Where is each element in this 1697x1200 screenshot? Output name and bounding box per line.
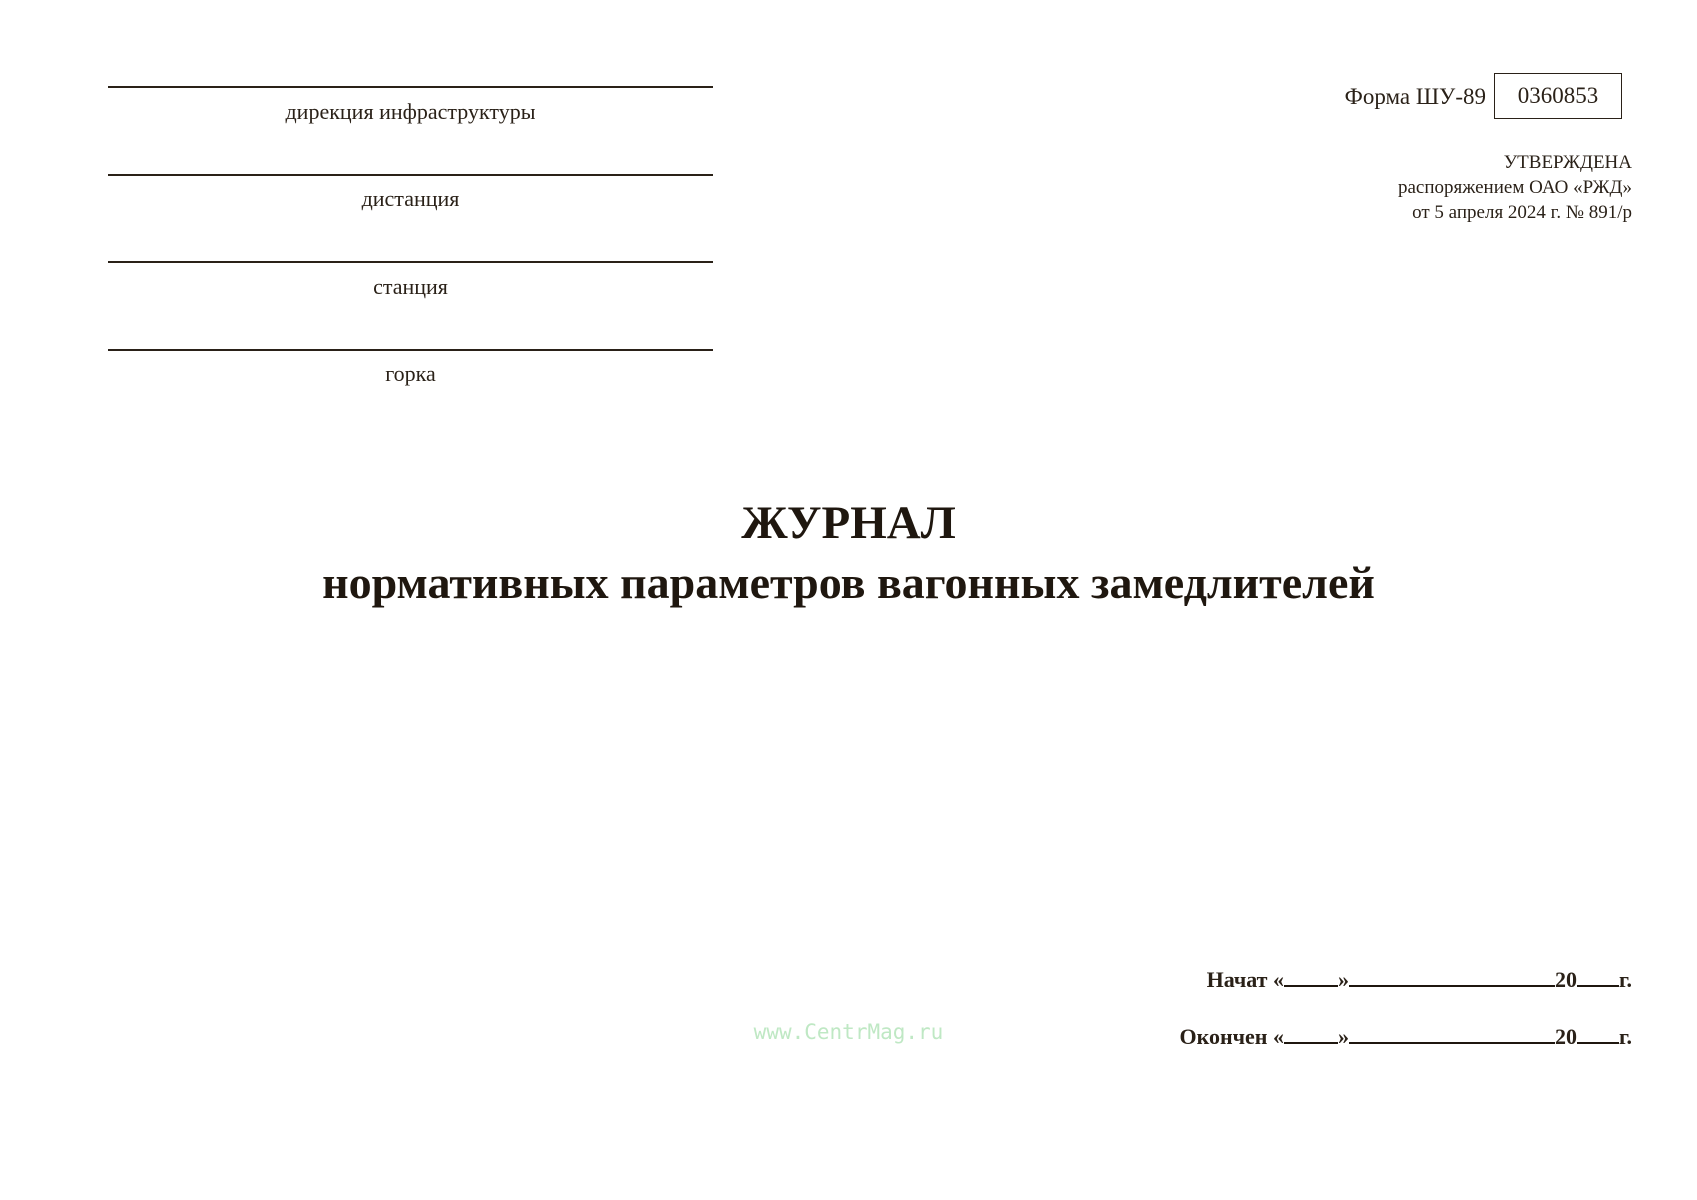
started-month-blank[interactable] [1349, 967, 1555, 987]
field-label-hump: горка [108, 361, 713, 387]
started-quote-close: » [1338, 967, 1349, 992]
document-title: ЖУРНАЛ [0, 496, 1697, 550]
field-line-directorate[interactable] [108, 86, 713, 88]
document-subtitle: нормативных параметров вагонных замедлит… [0, 556, 1697, 610]
started-year-prefix: 20 [1555, 967, 1577, 992]
approval-line-3: от 5 апреля 2024 г. № 891/р [1398, 200, 1632, 225]
field-label-distance: дистанция [108, 186, 713, 212]
watermark: www.CentrMag.ru [0, 1020, 1697, 1044]
started-label: Начат « [1207, 967, 1284, 992]
approval-block: УТВЕРЖДЕНА распоряжением ОАО «РЖД» от 5 … [1398, 150, 1632, 225]
started-year-blank[interactable] [1577, 967, 1619, 987]
form-name: Форма ШУ-89 [1345, 82, 1486, 112]
period-started: Начат «»20г. [1207, 966, 1632, 994]
approval-line-2: распоряжением ОАО «РЖД» [1398, 175, 1632, 200]
field-line-distance[interactable] [108, 174, 713, 176]
started-year-suffix: г. [1619, 967, 1632, 992]
field-label-directorate: дирекция инфраструктуры [108, 99, 713, 125]
started-day-blank[interactable] [1284, 967, 1338, 987]
field-line-hump[interactable] [108, 349, 713, 351]
form-number-box: 0360853 [1494, 73, 1622, 119]
field-label-station: станция [108, 274, 713, 300]
field-line-station[interactable] [108, 261, 713, 263]
approval-line-1: УТВЕРЖДЕНА [1398, 150, 1632, 175]
